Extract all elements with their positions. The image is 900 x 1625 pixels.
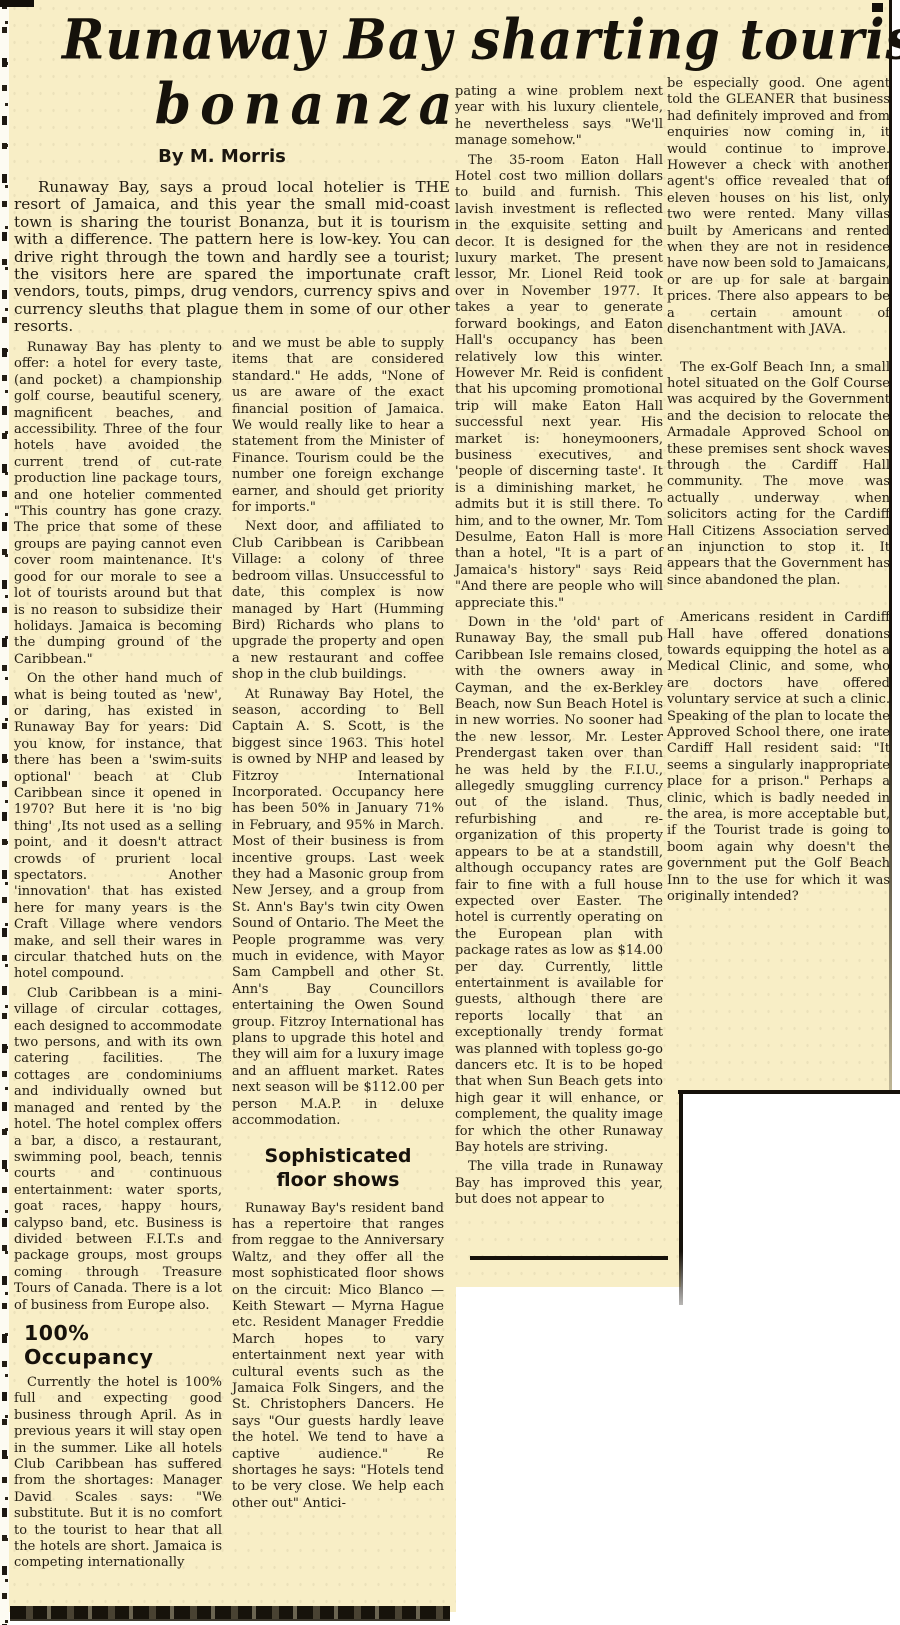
paragraph: On the other hand much of what is being … <box>14 671 222 983</box>
paragraph: Currently the hotel is 100% full and exp… <box>14 1375 222 1572</box>
torn-edge-bottom <box>10 1606 450 1621</box>
adjacent-clipping-top-border <box>678 1090 900 1094</box>
paragraph: Next door, and affiliated to Club Caribb… <box>232 519 444 683</box>
subhead-100-occupancy: 100% Occupancy <box>14 1321 222 1369</box>
paragraph: The villa trade in Runaway Bay has impro… <box>455 1159 663 1208</box>
column-4: be especially good. One agent told the G… <box>667 76 890 927</box>
paragraph: Runaway Bay's resident band has a repert… <box>232 1201 444 1513</box>
scan-mark-top-left <box>0 0 34 7</box>
paragraph: At Runaway Bay Hotel, the season, accord… <box>232 687 444 1130</box>
end-of-column-rule <box>470 1256 668 1260</box>
paragraph: The ex-Golf Beach Inn, a small hotel sit… <box>667 360 890 590</box>
headline-line1: Runaway Bay sharting tourist <box>62 8 834 75</box>
paragraph: Down in the 'old' part of Runaway Bay, t… <box>455 615 663 1156</box>
column-2: and we must be able to supply items that… <box>232 336 444 1515</box>
lead-paragraph: Runaway Bay, says a proud local hotelier… <box>14 179 450 336</box>
paragraph: Runaway Bay has plenty to offer: a hotel… <box>14 340 222 668</box>
paragraph: Club Caribbean is a mini-village of circ… <box>14 986 222 1314</box>
paragraph: Americans resident in Cardiff Hall have … <box>667 610 890 905</box>
column-3: pating a wine problem next year with his… <box>455 84 663 1212</box>
paragraph: The 35-room Eaton Hall Hotel cost two mi… <box>455 153 663 612</box>
column-1: Runaway Bay has plenty to offer: a hotel… <box>14 340 222 1575</box>
torn-edge-left <box>0 0 9 1625</box>
paragraph: and we must be able to supply items that… <box>232 336 444 516</box>
subhead-sophisticated-floor-shows: Sophisticated floor shows <box>263 1144 413 1192</box>
adjacent-clipping-whitespace <box>681 1090 900 1625</box>
paragraph: be especially good. One agent told the G… <box>667 76 890 339</box>
paragraph: pating a wine problem next year with his… <box>455 84 663 150</box>
byline: By M. Morris <box>116 146 328 167</box>
adjacent-clipping-left-border <box>679 1090 683 1305</box>
headline-line2: bonanza <box>126 72 490 139</box>
